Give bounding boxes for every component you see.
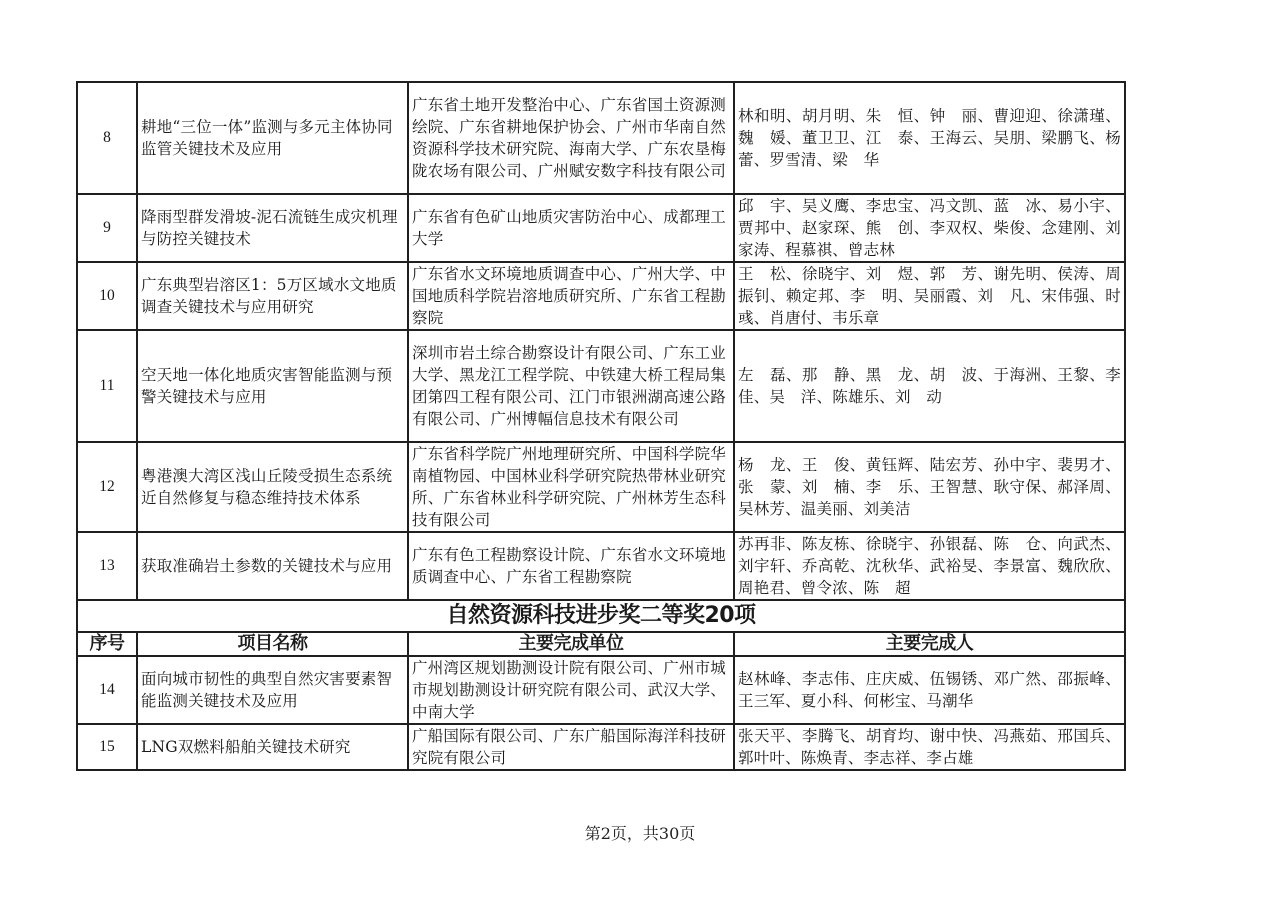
completing-persons: 苏再非、陈友栋、徐晓宇、孙银磊、陈 仓、向武杰、刘宇轩、乔高乾、沈秋华、武裕旻、…: [734, 532, 1125, 600]
completing-persons: 杨 龙、王 俊、黄钰辉、陆宏芳、孙中宇、裴男才、张 蒙、刘 楠、李 乐、王智慧、…: [734, 442, 1125, 532]
table-row: 9 降雨型群发滑坡-泥石流链生成灾机理与防控关键技术 广东省有色矿山地质灾害防治…: [77, 194, 1125, 262]
award-sheet: 8 耕地“三位一体”监测与多元主体协同监管关键技术及应用 广东省土地开发整治中心…: [76, 81, 1124, 771]
row-number: 11: [77, 330, 137, 442]
row-number: 8: [77, 82, 137, 194]
completing-units: 广东有色工程勘察设计院、广东省水文环境地质调查中心、广东省工程勘察院: [408, 532, 734, 600]
row-number: 9: [77, 194, 137, 262]
completing-units: 广船国际有限公司、广东广船国际海洋科技研究院有限公司: [408, 724, 734, 770]
row-number: 10: [77, 262, 137, 330]
row-number: 13: [77, 532, 137, 600]
project-name: LNG双燃料船舶关键技术研究: [137, 724, 408, 770]
table-row: 12 粤港澳大湾区浅山丘陵受损生态系统近自然修复与稳态维持技术体系 广东省科学院…: [77, 442, 1125, 532]
section-title: 自然资源科技进步奖二等奖20项: [77, 600, 1125, 632]
completing-units: 广州湾区规划勘测设计院有限公司、广州市城市规划勘测设计研究院有限公司、武汉大学、…: [408, 656, 734, 724]
completing-persons: 赵林峰、李志伟、庄庆威、伍锡锈、邓广然、邵振峰、王三军、夏小科、何彬宝、马潮华: [734, 656, 1125, 724]
row-number: 15: [77, 724, 137, 770]
page-number: 第2页，共30页: [0, 821, 1280, 844]
column-header-row: 序号 项目名称 主要完成单位 主要完成人: [77, 632, 1125, 656]
table-row: 14 面向城市韧性的典型自然灾害要素智能监测关键技术及应用 广州湾区规划勘测设计…: [77, 656, 1125, 724]
table-row: 8 耕地“三位一体”监测与多元主体协同监管关键技术及应用 广东省土地开发整治中心…: [77, 82, 1125, 194]
award-table: 8 耕地“三位一体”监测与多元主体协同监管关键技术及应用 广东省土地开发整治中心…: [76, 81, 1126, 771]
table-row: 15 LNG双燃料船舶关键技术研究 广船国际有限公司、广东广船国际海洋科技研究院…: [77, 724, 1125, 770]
project-name: 获取准确岩土参数的关键技术与应用: [137, 532, 408, 600]
completing-persons: 张天平、李腾飞、胡育均、谢中快、冯燕茹、邢国兵、郭叶叶、陈焕青、李志祥、李占雄: [734, 724, 1125, 770]
project-name: 广东典型岩溶区1：5万区域水文地质调查关键技术与应用研究: [137, 262, 408, 330]
completing-persons: 左 磊、那 静、黑 龙、胡 波、于海洲、王黎、李 佳、吴 洋、陈雄乐、刘 动: [734, 330, 1125, 442]
header-number: 序号: [77, 632, 137, 656]
table-row: 11 空天地一体化地质灾害智能监测与预警关键技术与应用 深圳市岩土综合勘察设计有…: [77, 330, 1125, 442]
project-name: 粤港澳大湾区浅山丘陵受损生态系统近自然修复与稳态维持技术体系: [137, 442, 408, 532]
completing-units: 广东省有色矿山地质灾害防治中心、成都理工大学: [408, 194, 734, 262]
completing-persons: 邱 宇、吴义鹰、李忠宝、冯文凯、蓝 冰、易小宇、贾邦中、赵家琛、熊 创、李双权、…: [734, 194, 1125, 262]
completing-units: 广东省科学院广州地理研究所、中国科学院华南植物园、中国林业科学研究院热带林业研究…: [408, 442, 734, 532]
header-completing-units: 主要完成单位: [408, 632, 734, 656]
project-name: 降雨型群发滑坡-泥石流链生成灾机理与防控关键技术: [137, 194, 408, 262]
row-number: 12: [77, 442, 137, 532]
section-title-row: 自然资源科技进步奖二等奖20项: [77, 600, 1125, 632]
completing-units: 广东省土地开发整治中心、广东省国土资源测绘院、广东省耕地保护协会、广州市华南自然…: [408, 82, 734, 194]
header-completing-persons: 主要完成人: [734, 632, 1125, 656]
completing-units: 深圳市岩土综合勘察设计有限公司、广东工业大学、黑龙江工程学院、中铁建大桥工程局集…: [408, 330, 734, 442]
project-name: 面向城市韧性的典型自然灾害要素智能监测关键技术及应用: [137, 656, 408, 724]
header-project-name: 项目名称: [137, 632, 408, 656]
table-row: 10 广东典型岩溶区1：5万区域水文地质调查关键技术与应用研究 广东省水文环境地…: [77, 262, 1125, 330]
completing-units: 广东省水文环境地质调查中心、广州大学、中国地质科学院岩溶地质研究所、广东省工程勘…: [408, 262, 734, 330]
table-row: 13 获取准确岩土参数的关键技术与应用 广东有色工程勘察设计院、广东省水文环境地…: [77, 532, 1125, 600]
completing-persons: 王 松、徐晓宇、刘 煜、郭 芳、谢先明、侯涛、周振钊、赖定邦、李 明、吴丽霞、刘…: [734, 262, 1125, 330]
project-name: 耕地“三位一体”监测与多元主体协同监管关键技术及应用: [137, 82, 408, 194]
project-name: 空天地一体化地质灾害智能监测与预警关键技术与应用: [137, 330, 408, 442]
row-number: 14: [77, 656, 137, 724]
completing-persons: 林和明、胡月明、朱 恒、钟 丽、曹迎迎、徐潇瑾、魏 媛、董卫卫、江 泰、王海云、…: [734, 82, 1125, 194]
